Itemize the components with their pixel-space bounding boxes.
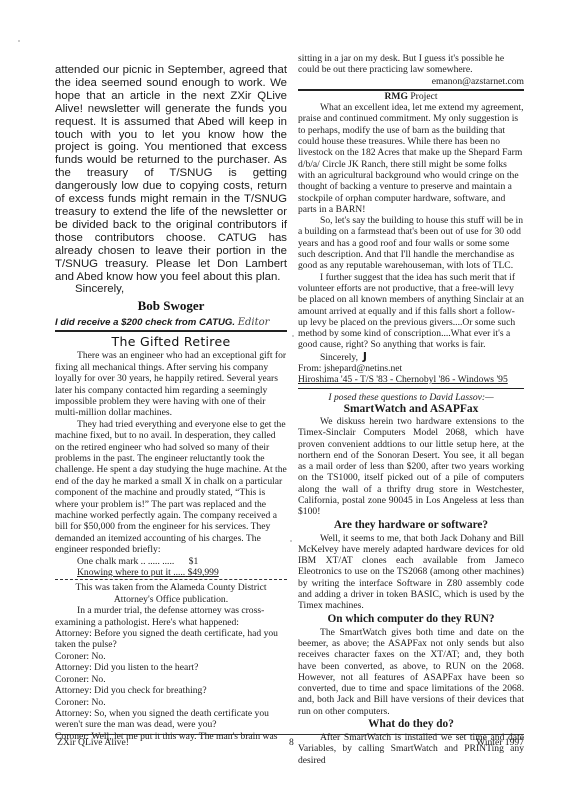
editor-signature: Editor xyxy=(238,317,270,328)
coroner-source: This was taken from the Alameda County D… xyxy=(55,582,287,605)
rmg-from: From: jshepard@netins.net xyxy=(298,363,524,374)
letter-closing: Sincerely, xyxy=(55,283,287,296)
scan-speck xyxy=(18,40,20,42)
rmg-paragraph: I further suggest that the idea has such… xyxy=(298,272,524,351)
smartwatch-paragraph: Well, it seems to me, that both Jack Doh… xyxy=(298,533,524,612)
treasury-letter: attended our picnic in September, agreed… xyxy=(55,64,287,332)
gifted-retiree-title: The Gifted Retiree xyxy=(55,334,287,349)
rmg-project-title: RMG Project xyxy=(298,91,524,102)
dialogue-line: Attorney: So, when you signed the death … xyxy=(55,708,287,731)
section-heading: Are they hardware or software? xyxy=(298,519,524,532)
continuation-text: sitting in a jar on my desk. But I guess… xyxy=(298,53,524,76)
footer-page-number: 8 xyxy=(289,737,294,748)
author-email: emanon@azstarnet.com xyxy=(298,76,524,91)
dialogue-line: Attorney: Did you listen to the heart? xyxy=(55,662,287,673)
article-paragraph: There was an engineer who had an excepti… xyxy=(55,350,287,418)
smartwatch-paragraph: The SmartWatch gives both time and date … xyxy=(298,627,524,717)
rmg-paragraph: What an excellent idea, let me extend my… xyxy=(298,102,524,215)
letter-paragraph: attended our picnic in September, agreed… xyxy=(55,64,287,283)
section-heading: On which computer do they RUN? xyxy=(298,613,524,626)
newsletter-page: attended our picnic in September, agreed… xyxy=(0,0,567,800)
smartwatch-title: SmartWatch and ASAPFax xyxy=(298,403,524,416)
rmg-closing-text: Sincerely, xyxy=(320,352,358,363)
smartwatch-intro: I posed these questions to David Lassov:… xyxy=(298,392,524,403)
right-column: sitting in a jar on my desk. But I guess… xyxy=(298,53,524,766)
signature-initial: J xyxy=(363,350,367,363)
charge-amount: $1 xyxy=(189,556,199,567)
charge-line: One chalk mark .. ..... ..... $1 xyxy=(55,556,287,567)
letter-signature: Bob Swoger xyxy=(55,298,287,314)
scan-speck xyxy=(290,540,292,542)
article-paragraph: They had tried everything and everyone e… xyxy=(55,419,287,556)
dashed-divider xyxy=(55,579,287,580)
editor-note: I did receive a $200 check from CATUG. E… xyxy=(55,317,287,332)
rmg-title-rest: Project xyxy=(408,91,438,102)
left-column: attended our picnic in September, agreed… xyxy=(55,64,287,742)
scan-speck xyxy=(292,335,294,337)
dialogue-line: Coroner: No. xyxy=(55,651,287,662)
footer-issue: Winter 1997 xyxy=(476,737,524,748)
charge-amount: $49,999 xyxy=(188,567,219,578)
page-footer: ZXir QLive Alive! 8 Winter 1997 xyxy=(55,734,524,749)
gifted-retiree-article: There was an engineer who had an excepti… xyxy=(55,350,287,742)
dialogue-line: Attorney: Did you check for breathing? xyxy=(55,685,287,696)
charge-line: Knowing where to put it ..... $49,999 xyxy=(55,567,287,578)
charge-item: Knowing where to put it ..... xyxy=(77,567,185,578)
dialogue-line: Attorney: Before you signed the death ce… xyxy=(55,628,287,651)
coroner-intro: In a murder trial, the defense attorney … xyxy=(55,605,287,628)
rmg-paragraph: So, let's say the building to house this… xyxy=(298,215,524,271)
smartwatch-paragraph: We diskuss herein two hardware extension… xyxy=(298,416,524,518)
dialogue-line: Coroner: No. xyxy=(55,697,287,708)
section-heading: What do they do? xyxy=(298,718,524,731)
rmg-closing: Sincerely, J xyxy=(298,351,524,363)
rmg-title-bold: RMG xyxy=(384,91,407,102)
footer-publication: ZXir QLive Alive! xyxy=(57,737,129,748)
charge-item: One chalk mark .. ..... ..... xyxy=(77,556,174,567)
rmg-tagline: Hiroshima '45 - T/S '83 - Chernobyl '86 … xyxy=(298,374,524,388)
dialogue-line: Coroner: No. xyxy=(55,674,287,685)
editor-note-text: I did receive a $200 check from CATUG. xyxy=(55,317,235,328)
